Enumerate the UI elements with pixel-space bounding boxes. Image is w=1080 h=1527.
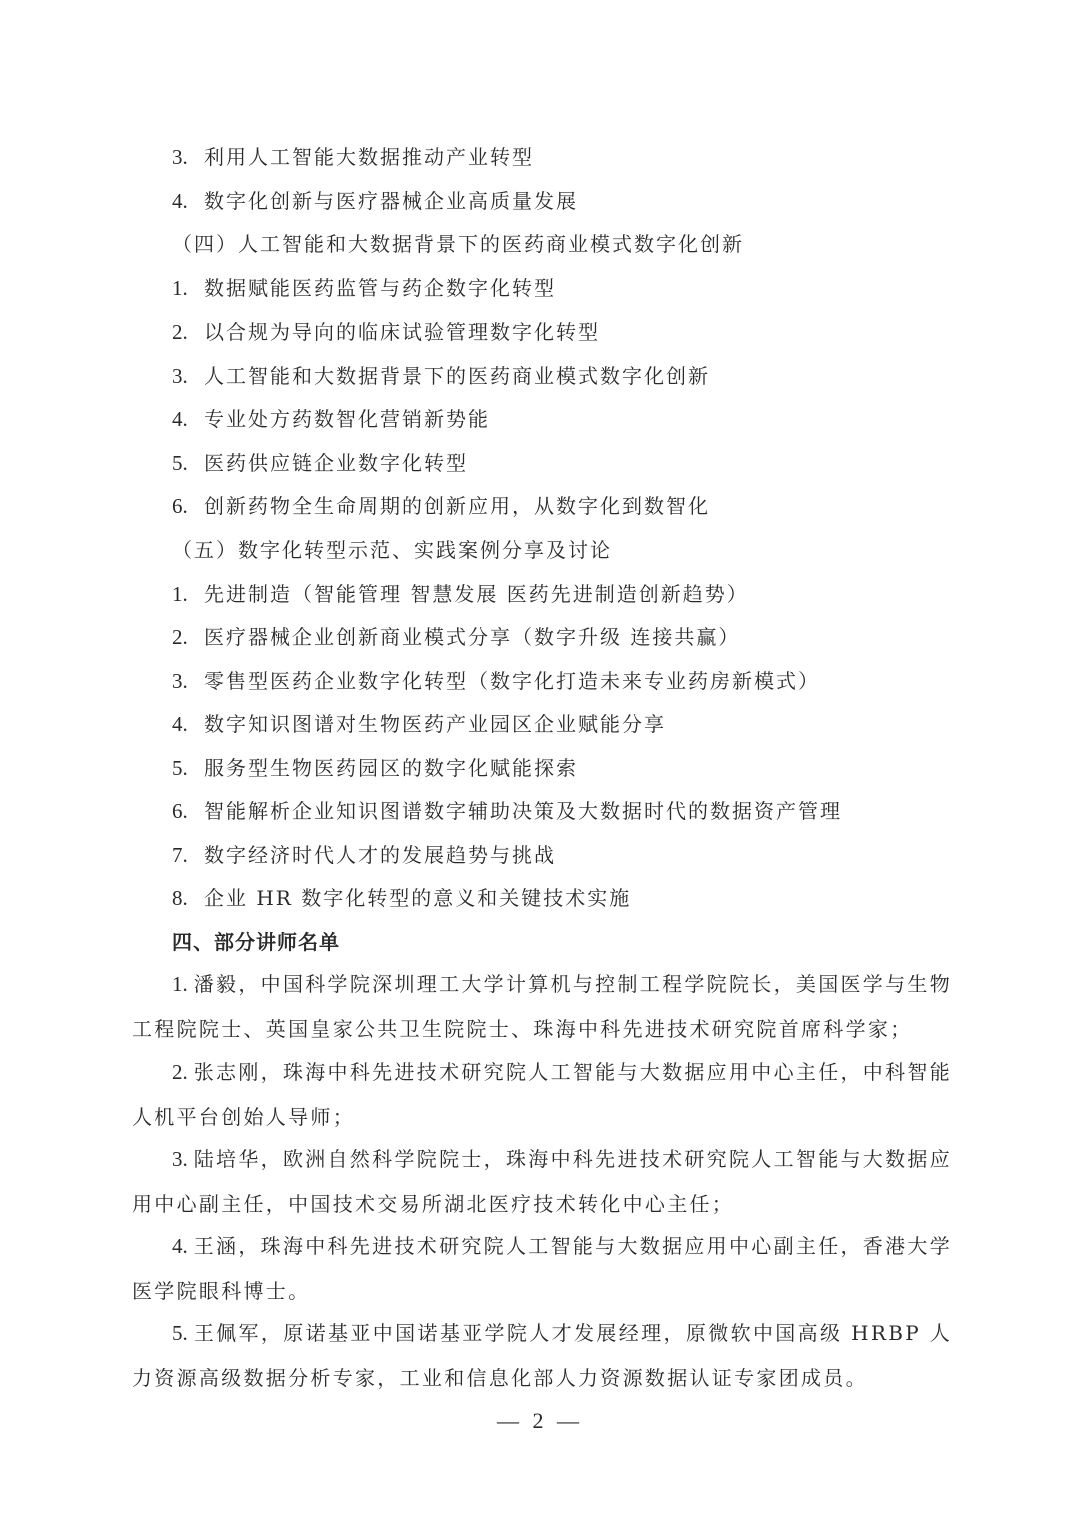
- list-item: 5.服务型生物医药园区的数字化赋能探索: [172, 754, 578, 782]
- list-item: 4.数字知识图谱对生物医药产业园区企业赋能分享: [172, 710, 666, 738]
- list-item: 4.数字化创新与医疗器械企业高质量发展: [172, 187, 578, 215]
- lecturer-entry: 5.王佩军，原诺基亚中国诺基亚学院人才发展经理，原微软中国高级 HRBP 人力资…: [132, 1311, 952, 1400]
- list-item: 4.专业处方药数智化营销新势能: [172, 405, 490, 433]
- lecturer-entry: 3.陆培华，欧洲自然科学院院士，珠海中科先进技术研究院人工智能与大数据应用中心副…: [132, 1137, 952, 1226]
- lecturer-entry: 4.王涵，珠海中科先进技术研究院人工智能与大数据应用中心副主任，香港大学医学院眼…: [132, 1224, 952, 1313]
- list-item: 2.医疗器械企业创新商业模式分享（数字升级 连接共赢）: [172, 623, 740, 651]
- list-item: 2.以合规为导向的临床试验管理数字化转型: [172, 318, 600, 346]
- list-item: 3.人工智能和大数据背景下的医药商业模式数字化创新: [172, 362, 710, 390]
- list-item: 1.数据赋能医药监管与药企数字化转型: [172, 274, 556, 302]
- lecturer-entry: 2.张志刚，珠海中科先进技术研究院人工智能与大数据应用中心主任，中科智能人机平台…: [132, 1050, 952, 1139]
- lecturers-heading: 四、部分讲师名单: [172, 928, 340, 956]
- page-number: — 2 —: [0, 1408, 1080, 1434]
- list-item: 1.先进制造（智能管理 智慧发展 医药先进制造创新趋势）: [172, 580, 749, 608]
- section-4-title: （四）人工智能和大数据背景下的医药商业模式数字化创新: [172, 230, 744, 258]
- list-item: 3.零售型医药企业数字化转型（数字化打造未来专业药房新模式）: [172, 667, 820, 695]
- list-item: 6.智能解析企业知识图谱数字辅助决策及大数据时代的数据资产管理: [172, 797, 842, 825]
- list-item: 5.医药供应链企业数字化转型: [172, 449, 468, 477]
- list-item: 7.数字经济时代人才的发展趋势与挑战: [172, 841, 556, 869]
- list-item: 6.创新药物全生命周期的创新应用，从数字化到数智化: [172, 492, 710, 520]
- lecturer-entry: 1.潘毅，中国科学院深圳理工大学计算机与控制工程学院院长，美国医学与生物工程院院…: [132, 962, 952, 1051]
- section-5-title: （五）数字化转型示范、实践案例分享及讨论: [172, 536, 612, 564]
- list-item: 8.企业 HR 数字化转型的意义和关键技术实施: [172, 884, 631, 912]
- list-item: 3.利用人工智能大数据推动产业转型: [172, 143, 534, 171]
